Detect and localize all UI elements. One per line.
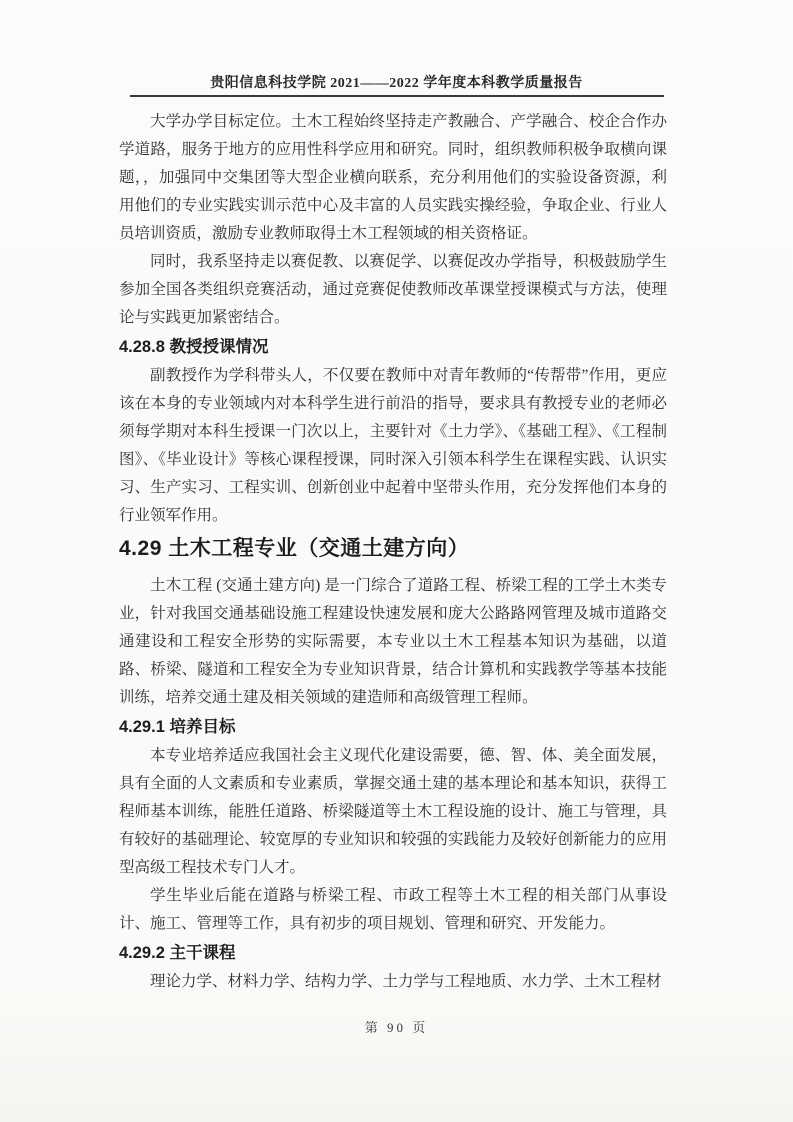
page-number: 第 90 页: [365, 1020, 429, 1035]
paragraph-graduate-prospects: 学生毕业后能在道路与桥梁工程、市政工程等土木工程的相关部门从事设计、施工、管理等…: [119, 882, 667, 938]
page-header: 贵阳信息科技学院 2021——2022 学年度本科教学质量报告: [0, 75, 793, 97]
document-page: 贵阳信息科技学院 2021——2022 学年度本科教学质量报告 大学办学目标定位…: [0, 0, 793, 1122]
section-heading-4-29-2: 4.29.2 主干课程: [119, 939, 667, 967]
paragraph-training-objective: 本专业培养适应我国社会主义现代化建设需要，德、智、体、美全面发展，具有全面的人文…: [119, 742, 667, 882]
paragraph-major-introduction: 土木工程 (交通土建方向) 是一门综合了道路工程、桥梁工程的工学土木类专业，针对…: [119, 572, 667, 712]
paragraph-civil-eng-orientation: 大学办学目标定位。土木工程始终坚持走产教融合、产学融合、校企合作办学道路，服务于…: [119, 108, 667, 248]
paragraph-core-courses: 理论力学、材料力学、结构力学、土力学与工程地质、水力学、土木工程材: [119, 968, 667, 996]
paragraph-competition-teaching: 同时，我系坚持走以赛促教、以赛促学、以赛促改办学指导，积极鼓励学生参加全国各类组…: [119, 248, 667, 332]
section-heading-4-29: 4.29 土木工程专业（交通土建方向）: [119, 534, 667, 564]
section-heading-4-28-8: 4.28.8 教授授课情况: [119, 333, 667, 361]
page-footer: 第 90 页: [0, 1017, 793, 1036]
section-heading-4-29-1: 4.29.1 培养目标: [119, 713, 667, 741]
running-head-title: 贵阳信息科技学院 2021——2022 学年度本科教学质量报告: [130, 75, 664, 97]
document-body: 大学办学目标定位。土木工程始终坚持走产教融合、产学融合、校企合作办学道路，服务于…: [119, 108, 667, 996]
paragraph-professor-teaching: 副教授作为学科带头人，不仅要在教师中对青年教师的“传帮带”作用，更应该在本身的专…: [119, 362, 667, 530]
